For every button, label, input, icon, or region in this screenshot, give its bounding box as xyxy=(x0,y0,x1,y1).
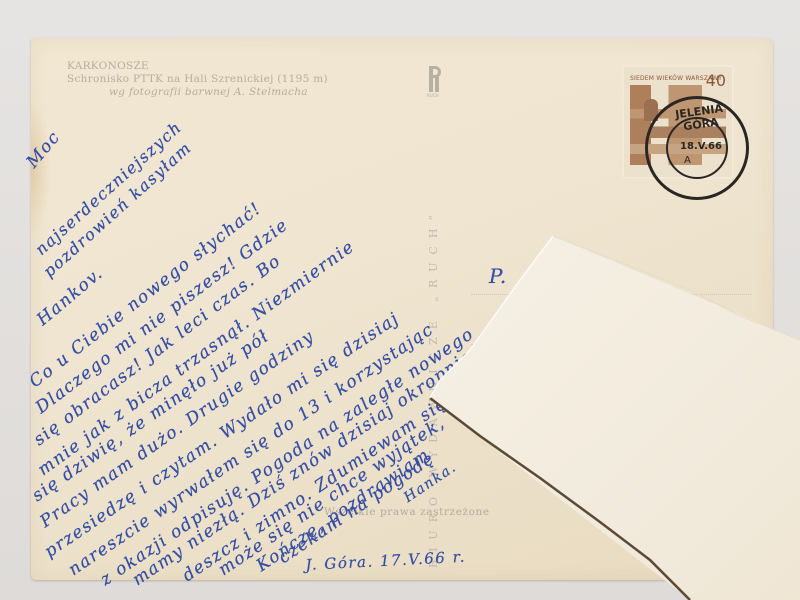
postmark-letter: A xyxy=(684,155,691,166)
printed-caption: KARKONOSZE Schronisko PTTK na Hali Szren… xyxy=(67,60,328,99)
photo-credit: wg fotografii barwnej A. Stelmacha xyxy=(67,86,328,99)
postmark-city: JELENIA GÓRA xyxy=(657,99,744,136)
postmark-cancel: JELENIA GÓRA 18.V.66 A xyxy=(645,96,749,200)
address-fragment: wa xyxy=(689,320,717,340)
region-title: KARKONOSZE xyxy=(67,60,328,73)
address-line-1 xyxy=(471,294,751,295)
shelter-title: Schronisko PTTK na Hali Szrenickiej (119… xyxy=(67,73,328,86)
logo-caption: RUCH xyxy=(427,93,439,98)
stamp-value: 40 xyxy=(706,71,726,90)
postmark-date: 18.V.66 xyxy=(666,141,736,152)
address-initial: P. xyxy=(489,264,508,288)
address-line-3 xyxy=(471,394,751,395)
ruch-logo-icon: RUCH xyxy=(429,66,443,96)
address-line-2 xyxy=(471,344,751,345)
